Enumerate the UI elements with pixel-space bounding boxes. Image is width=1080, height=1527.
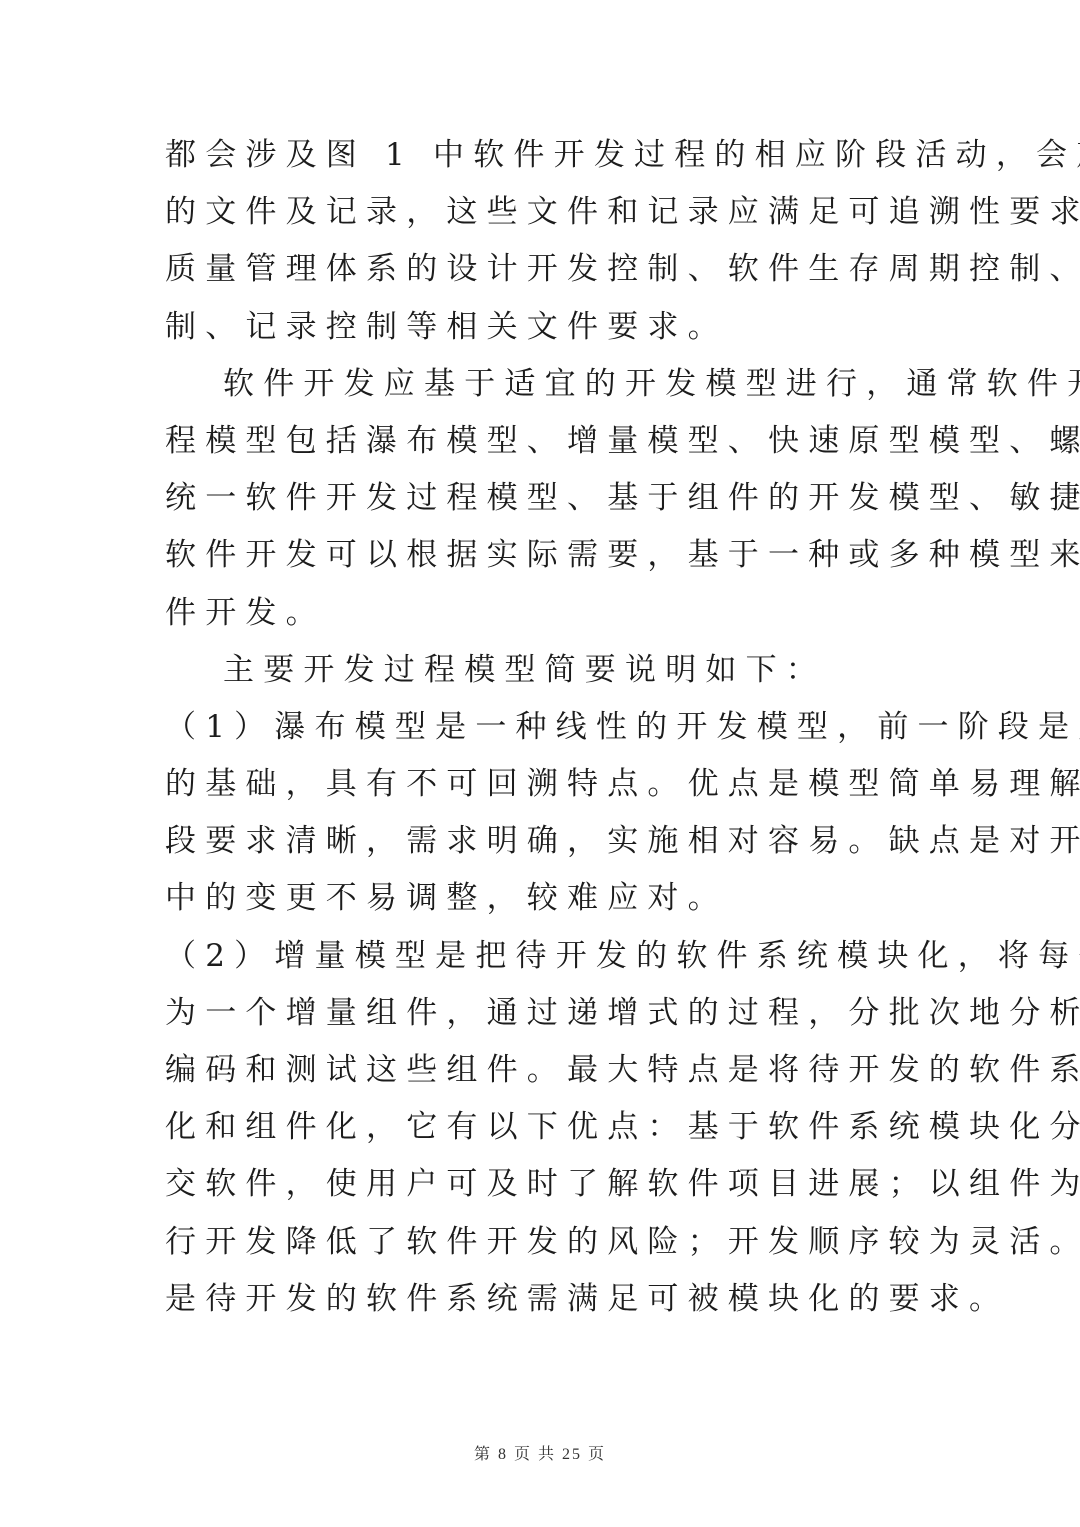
text-line: 化和组件化，它有以下优点：基于软件系统模块化分批次提 bbox=[165, 1099, 925, 1156]
page-label-suffix: 页 bbox=[588, 1446, 606, 1463]
document-page: 都会涉及图 1 中软件开发过程的相应阶段活动，会产生相应 的文件及记录，这些文件… bbox=[0, 0, 1080, 1527]
text-line: 编码和测试这些组件。最大特点是将待开发的软件系统模块 bbox=[165, 1042, 925, 1099]
text-line: 统一软件开发过程模型、基于组件的开发模型、敏捷开发等。 bbox=[165, 470, 925, 527]
page-footer: 第8页 共25页 bbox=[0, 1441, 1080, 1464]
text-line: 是待开发的软件系统需满足可被模块化的要求。 bbox=[165, 1271, 925, 1328]
text-line: 的基础，具有不可回溯特点。优点是模型简单易理解，各阶 bbox=[165, 756, 925, 813]
text-line: 都会涉及图 1 中软件开发过程的相应阶段活动，会产生相应 bbox=[165, 127, 925, 184]
total-pages-number: 25 bbox=[562, 1446, 582, 1463]
text-line: 为一个增量组件，通过递增式的过程，分批次地分析、设计、 bbox=[165, 985, 925, 1042]
text-line: 中的变更不易调整，较难应对。 bbox=[165, 870, 925, 927]
page-label-mid: 页 共 bbox=[514, 1446, 556, 1463]
text-line: 行开发降低了软件开发的风险；开发顺序较为灵活。其缺点 bbox=[165, 1214, 925, 1271]
list-item-1-line: （1）瀑布模型是一种线性的开发模型，前一阶段是后一阶段 bbox=[165, 699, 925, 756]
paragraph-start-line: 软件开发应基于适宜的开发模型进行，通常软件开发过 bbox=[165, 356, 925, 413]
text-line: 程模型包括瀑布模型、增量模型、快速原型模型、螺旋模型、 bbox=[165, 413, 925, 470]
text-line: 交软件，使用户可及时了解软件项目进展；以组件为单位进 bbox=[165, 1156, 925, 1213]
text-line: 制、记录控制等相关文件要求。 bbox=[165, 299, 925, 356]
text-line: 段要求清晰，需求明确，实施相对容易。缺点是对开发过程 bbox=[165, 813, 925, 870]
current-page-number: 8 bbox=[498, 1446, 508, 1463]
page-label-prefix: 第 bbox=[474, 1446, 492, 1463]
text-line: 的文件及记录，这些文件和记录应满足可追溯性要求，满足 bbox=[165, 184, 925, 241]
list-item-2-line: （2）增量模型是把待开发的软件系统模块化，将每个模块作 bbox=[165, 928, 925, 985]
body-text: 都会涉及图 1 中软件开发过程的相应阶段活动，会产生相应 的文件及记录，这些文件… bbox=[165, 127, 925, 1328]
text-line: 软件开发可以根据实际需要，基于一种或多种模型来实施软 bbox=[165, 527, 925, 584]
paragraph-start-line: 主要开发过程模型简要说明如下： bbox=[165, 642, 925, 699]
text-line: 件开发。 bbox=[165, 585, 925, 642]
text-line: 质量管理体系的设计开发控制、软件生存周期控制、文件控 bbox=[165, 241, 925, 298]
